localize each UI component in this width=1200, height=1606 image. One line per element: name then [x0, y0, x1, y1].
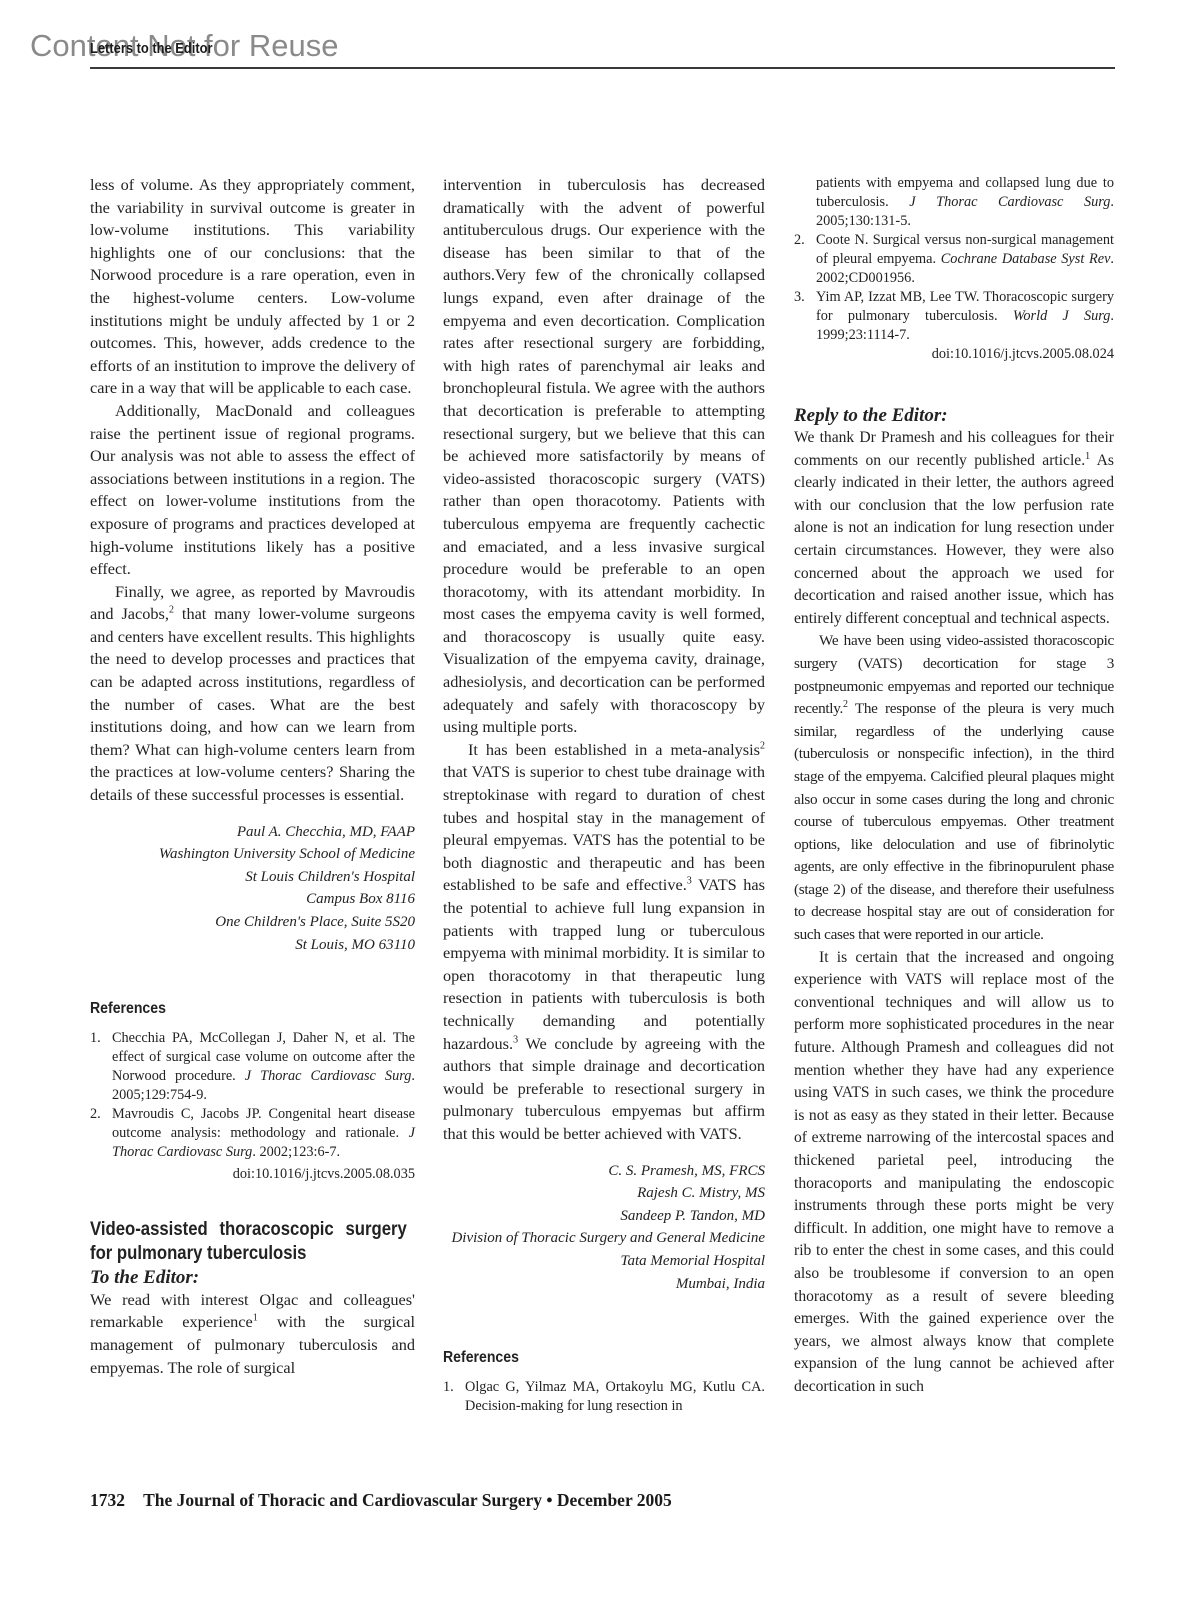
author-signature: C. S. Pramesh, MS, FRCS Rajesh C. Mistry… [443, 1160, 765, 1296]
references-list-continued: patients with empyema and collapsed lung… [794, 174, 1114, 345]
running-head: Letters to the Editor [90, 40, 213, 57]
reference-item: 3. Yim AP, Izzat MB, Lee TW. Thoracoscop… [794, 288, 1114, 345]
column-2: intervention in tuberculosis has decreas… [443, 174, 765, 1416]
paragraph: intervention in tuberculosis has decreas… [443, 174, 765, 739]
paragraph: It is certain that the increased and ong… [794, 947, 1114, 1399]
references-list: 1. Checchia PA, McCollegan J, Daher N, e… [90, 1029, 415, 1162]
reference-item: 2. Mavroudis C, Jacobs JP. Congenital he… [90, 1105, 415, 1162]
letter-title: Video-assisted thoracoscopic surgery for… [90, 1218, 407, 1266]
reference-item: patients with empyema and collapsed lung… [794, 174, 1114, 231]
to-editor-label: To the Editor: [90, 1266, 415, 1289]
paragraph: less of volume. As they appropriately co… [90, 174, 415, 400]
paragraph: Additionally, MacDonald and colleagues r… [90, 400, 415, 581]
paragraph: We read with interest Olgac and colleagu… [90, 1289, 415, 1379]
reply-to-editor-label: Reply to the Editor: [794, 404, 1114, 427]
paragraph: It has been established in a meta-analys… [443, 739, 765, 1146]
reference-item: 1. Olgac G, Yilmaz MA, Ortakoylu MG, Kut… [443, 1378, 765, 1416]
citation-ref[interactable]: 2 [760, 740, 765, 751]
paragraph: We have been using video-assisted thorac… [794, 630, 1114, 946]
column-1: less of volume. As they appropriately co… [90, 174, 415, 1379]
journal-name: The Journal of Thoracic and Cardiovascul… [143, 1490, 542, 1510]
reference-item: 2. Coote N. Surgical versus non-surgical… [794, 231, 1114, 288]
issue-date: December 2005 [557, 1490, 672, 1510]
references-list: 1. Olgac G, Yilmaz MA, Ortakoylu MG, Kut… [443, 1378, 765, 1416]
page-number: 1732 [90, 1490, 125, 1510]
footer-separator: • [546, 1490, 552, 1510]
column-3: patients with empyema and collapsed lung… [794, 174, 1114, 1399]
doi-link[interactable]: doi:10.1016/j.jtcvs.2005.08.035 [90, 1165, 415, 1184]
doi-link[interactable]: doi:10.1016/j.jtcvs.2005.08.024 [794, 345, 1114, 364]
author-signature: Paul A. Checchia, MD, FAAP Washington Un… [90, 821, 415, 957]
references-heading: References [443, 1347, 726, 1370]
page-footer: 1732 The Journal of Thoracic and Cardiov… [90, 1490, 672, 1511]
paragraph: We thank Dr Pramesh and his colleagues f… [794, 427, 1114, 630]
references-heading: References [90, 998, 376, 1021]
reference-item: 1. Checchia PA, McCollegan J, Daher N, e… [90, 1029, 415, 1105]
header-rule [90, 67, 1115, 69]
paragraph: Finally, we agree, as reported by Mavrou… [90, 581, 415, 807]
